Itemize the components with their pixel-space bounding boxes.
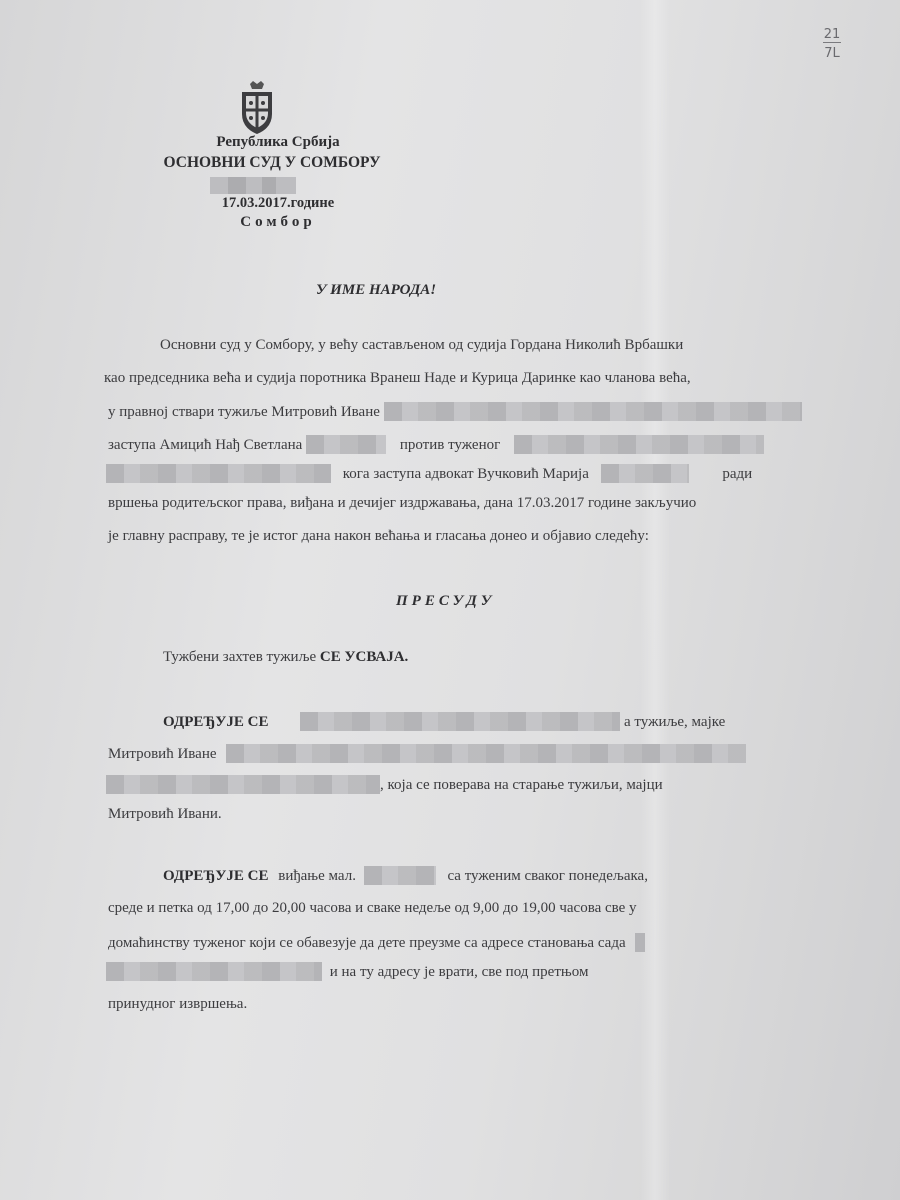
- visitation-line-3: домаћинству туженог који се обавезује да…: [108, 933, 645, 952]
- intro-line-7: је главну расправу, те је истог дана нак…: [108, 528, 649, 545]
- intro-line-2: као председника већа и судија поротника …: [104, 370, 691, 387]
- document-city: Сомбор: [128, 214, 428, 231]
- verdict-heading: ПРЕСУДУ: [396, 593, 495, 610]
- redacted-text: [106, 775, 380, 794]
- document-page: 21 7L Република Србија ОСНОВНИ СУД У СОМ…: [0, 0, 900, 1200]
- redacted-text: [601, 464, 689, 483]
- court-name: ОСНОВНИ СУД У СОМБОРУ: [122, 154, 422, 172]
- intro-line-6: вршења родитељског права, виђана и дечиј…: [108, 495, 696, 512]
- paper-fold: [640, 0, 670, 1200]
- custody-line-4: Митровић Ивани.: [108, 806, 222, 823]
- coat-of-arms-icon: [236, 80, 278, 140]
- visitation-line-1: ОДРЕЂУЈЕ СЕ виђање мал. са туженим свако…: [163, 866, 648, 885]
- in-name-of-people-heading: У ИМЕ НАРОДА!: [316, 282, 436, 299]
- visitation-line-5: принудног извршења.: [108, 996, 247, 1013]
- visitation-line-4: и на ту адресу је врати, све под претњом: [106, 962, 588, 981]
- custody-line-1: ОДРЕЂУЈЕ СЕ а тужиље, мајке: [163, 712, 725, 731]
- intro-line-1: Основни суд у Сомбору, у већу састављено…: [160, 337, 683, 354]
- redacted-text: [364, 866, 436, 885]
- redacted-text: [514, 435, 764, 454]
- redacted-text: [106, 962, 322, 981]
- redacted-text: [384, 402, 802, 421]
- custody-line-3: , која се поверава на старање тужиљи, ма…: [106, 775, 663, 794]
- redacted-text: [306, 435, 386, 454]
- redacted-text: [106, 464, 331, 483]
- redacted-text: [226, 744, 746, 763]
- handwritten-page-note: 21 7L: [812, 28, 852, 61]
- republic-name: Република Србија: [128, 134, 428, 151]
- custody-line-2: Митровић Иване: [108, 744, 746, 763]
- document-date: 17.03.2017.године: [128, 195, 428, 212]
- visitation-line-2: среде и петка од 17,00 до 20,00 часова и…: [108, 900, 637, 917]
- intro-line-3: у правној ствари тужиље Митровић Иване: [108, 402, 802, 421]
- intro-line-5: кога заступа адвокат Вучковић Марија рад…: [106, 464, 752, 483]
- intro-line-4: заступа Амицић Нађ Светлана против тужен…: [108, 435, 764, 454]
- redacted-text: [300, 712, 620, 731]
- redacted-case-number: [210, 177, 296, 194]
- claim-line: Тужбени захтев тужиље СЕ УСВАЈА.: [163, 649, 408, 666]
- redacted-text: [635, 933, 645, 952]
